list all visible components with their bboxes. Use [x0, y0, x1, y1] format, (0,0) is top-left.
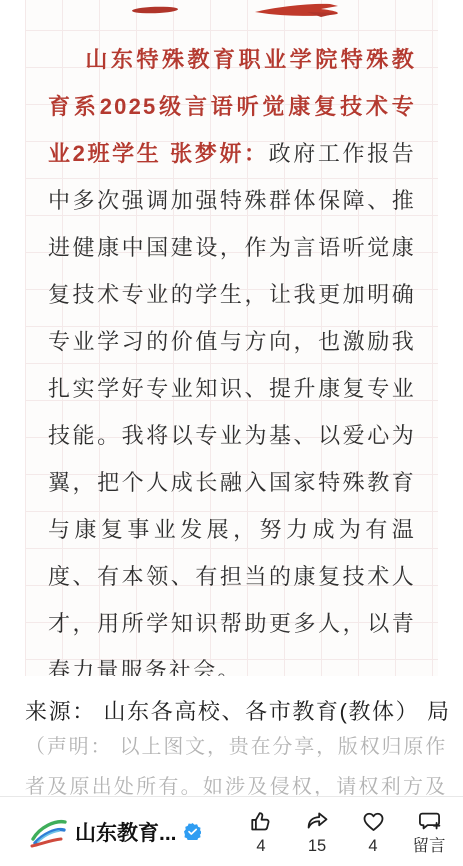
comment-label: 留言 — [413, 837, 446, 855]
account-name[interactable]: 山东教育... — [75, 817, 177, 847]
disclaimer-text: （声明： 以上图文，贵在分享，版权归原作者及原出处所有。如涉及侵权，请权利方及时… — [25, 727, 447, 796]
share-button[interactable]: 15 — [289, 808, 345, 855]
like-count: 4 — [256, 837, 265, 855]
favorite-count: 4 — [368, 837, 377, 855]
article-page: 山东特殊教育职业学院特殊教育系2025级言语听觉康复技术专业2班学生 张梦妍：政… — [0, 0, 463, 866]
comment-icon — [416, 808, 443, 835]
article-paragraph-body: 政府工作报告中多次强调加强特殊群体保障、推进健康中国建设，作为言语听觉康复技术专… — [48, 141, 416, 676]
red-ribbon-decoration — [25, 0, 438, 26]
heart-icon — [360, 808, 387, 835]
share-icon — [304, 808, 331, 835]
verified-badge-icon — [184, 823, 201, 840]
source-line: 来源： 山东各高校、各市教育(教体） 局 — [25, 695, 445, 726]
like-button[interactable]: 4 — [233, 808, 289, 855]
thumbs-up-icon — [248, 808, 275, 835]
account-logo-icon — [28, 815, 68, 849]
action-buttons: 4 15 4 留言 — [233, 808, 457, 855]
article-paragraph: 山东特殊教育职业学院特殊教育系2025级言语听觉康复技术专业2班学生 张梦妍：政… — [25, 36, 438, 676]
red-ribbon-fragment-icon — [132, 6, 178, 14]
share-count: 15 — [308, 837, 326, 855]
account-entry[interactable]: 山东教育... — [28, 815, 201, 849]
bottom-toolbar: 山东教育... 4 15 — [0, 796, 463, 866]
comment-button[interactable]: 留言 — [401, 808, 457, 855]
article-image-card[interactable]: 山东特殊教育职业学院特殊教育系2025级言语听觉康复技术专业2班学生 张梦妍：政… — [25, 0, 438, 676]
favorite-button[interactable]: 4 — [345, 808, 401, 855]
